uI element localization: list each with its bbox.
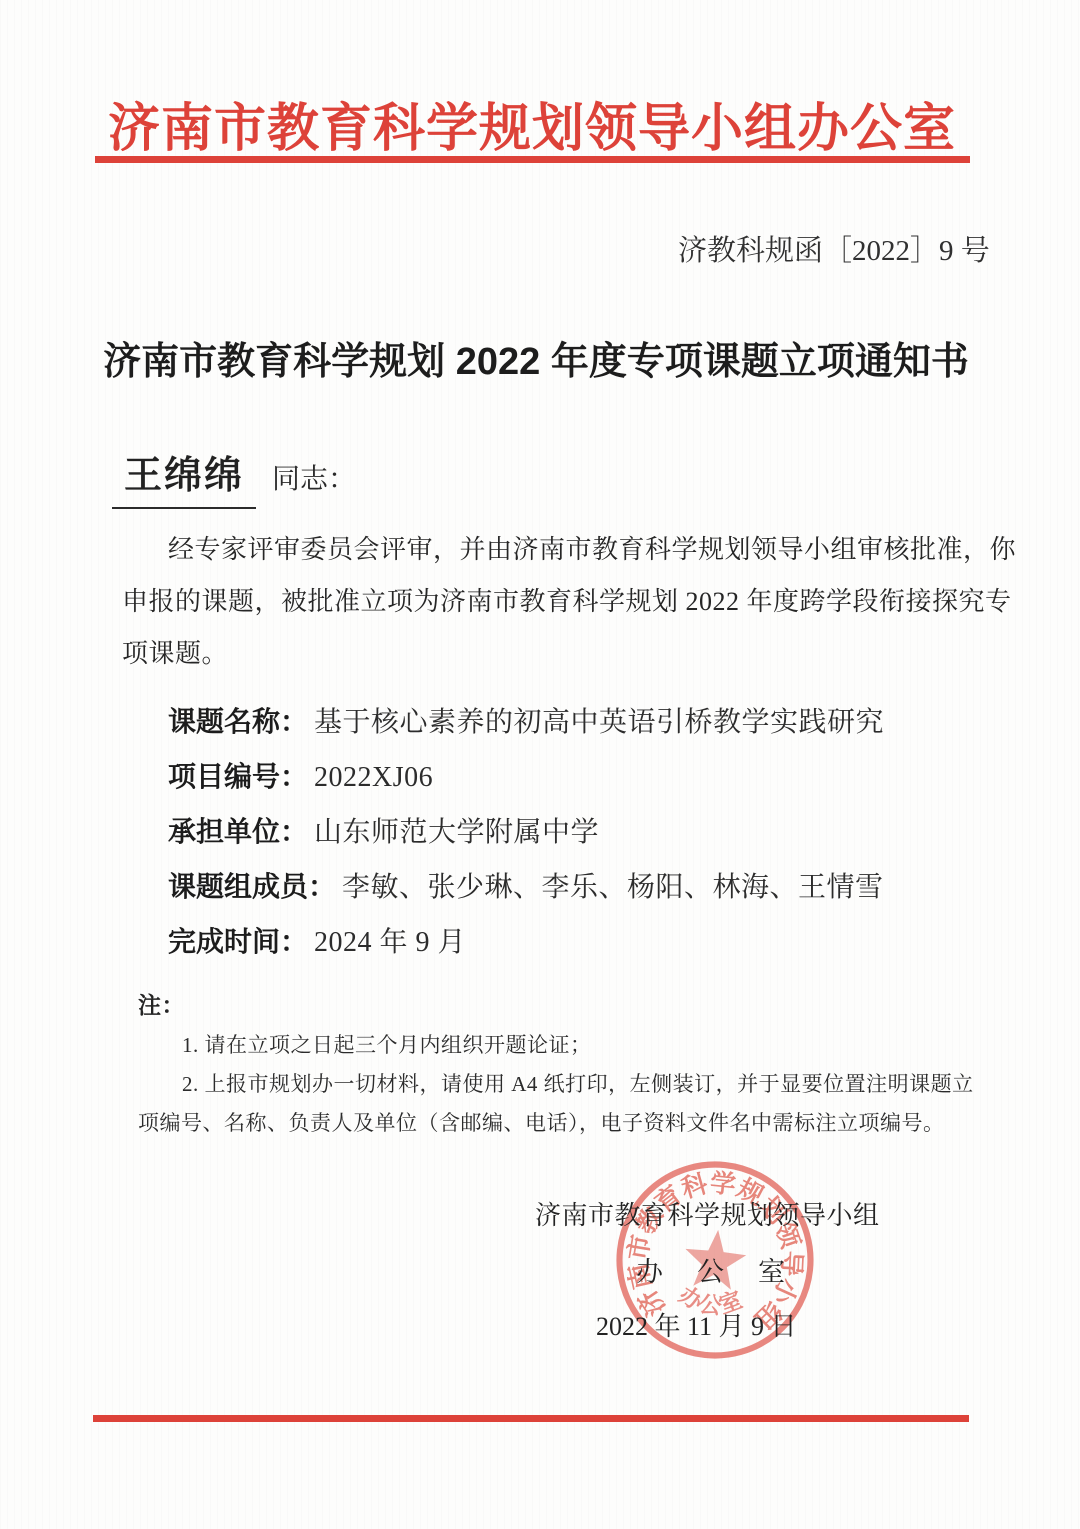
- field-value: 山东师范大学附属中学: [314, 817, 599, 848]
- field-undertaking-unit: 承担单位：山东师范大学附属中学: [168, 804, 884, 859]
- field-label: 承担单位：: [168, 816, 308, 847]
- body-line: 经专家评审委员会评审，并由济南市教育科学规划领导小组审核批准，你: [122, 524, 982, 576]
- addressee-line: 王绵绵同志：: [112, 444, 356, 509]
- note-item: 2. 上报市规划办一切材料，请使用 A4 纸打印，左侧装订，并于显要位置注明课题…: [138, 1065, 974, 1104]
- note-item-continuation: 项编号、名称、负责人及单位（含邮编、电话），电子资料文件名中需标注立项编号。: [138, 1104, 974, 1143]
- document-title: 济南市教育科学规划 2022 年度专项课题立项通知书: [0, 330, 1072, 385]
- field-team-members: 课题组成员：李敏、张少琳、李乐、杨阳、林海、王情雪: [168, 859, 884, 914]
- body-paragraph: 经专家评审委员会评审，并由济南市教育科学规划领导小组审核批准，你 申报的课题，被…: [122, 524, 982, 680]
- field-label: 课题名称：: [168, 706, 308, 737]
- field-label: 项目编号：: [168, 761, 308, 792]
- field-completion-time: 完成时间：2024 年 9 月: [168, 914, 884, 969]
- notes-heading: 注：: [138, 986, 974, 1026]
- signature-date: 2022 年 11 月 9 日: [596, 1306, 797, 1343]
- field-label: 完成时间：: [168, 926, 308, 957]
- field-value: 2024 年 9 月: [314, 927, 466, 958]
- field-project-number: 项目编号：2022XJ06: [168, 749, 884, 804]
- footer-rule: [93, 1415, 969, 1422]
- letterhead-rule: [95, 156, 970, 163]
- field-topic-name: 课题名称：基于核心素养的初高中英语引桥教学实践研究: [168, 694, 884, 749]
- scanned-notice-page: 济南市教育科学规划领导小组办公室 济教科规函［2022］9 号 济南市教育科学规…: [0, 0, 1080, 1529]
- note-item: 1. 请在立项之日起三个月内组织开题论证；: [138, 1026, 974, 1065]
- field-value: 2022XJ06: [314, 762, 433, 793]
- signature-org-line1: 济南市教育科学规划领导小组: [535, 1195, 880, 1232]
- signature-org-line2: 办公室: [636, 1250, 819, 1289]
- notes-section: 注： 1. 请在立项之日起三个月内组织开题论证； 2. 上报市规划办一切材料，请…: [138, 986, 974, 1143]
- addressee-name: 王绵绵: [112, 444, 256, 509]
- document-number: 济教科规函［2022］9 号: [678, 228, 990, 269]
- body-line: 申报的课题，被批准立项为济南市教育科学规划 2022 年度跨学段衔接探究专: [122, 576, 982, 628]
- project-fields: 课题名称：基于核心素养的初高中英语引桥教学实践研究 项目编号：2022XJ06 …: [168, 694, 884, 969]
- body-line: 项课题。: [122, 628, 982, 680]
- letterhead-org-name: 济南市教育科学规划领导小组办公室: [0, 86, 1064, 161]
- field-label: 课题组成员：: [168, 871, 336, 902]
- field-value: 基于核心素养的初高中英语引桥教学实践研究: [314, 707, 884, 738]
- field-value: 李敏、张少琳、李乐、杨阳、林海、王情雪: [342, 872, 884, 903]
- addressee-salutation: 同志：: [272, 464, 356, 495]
